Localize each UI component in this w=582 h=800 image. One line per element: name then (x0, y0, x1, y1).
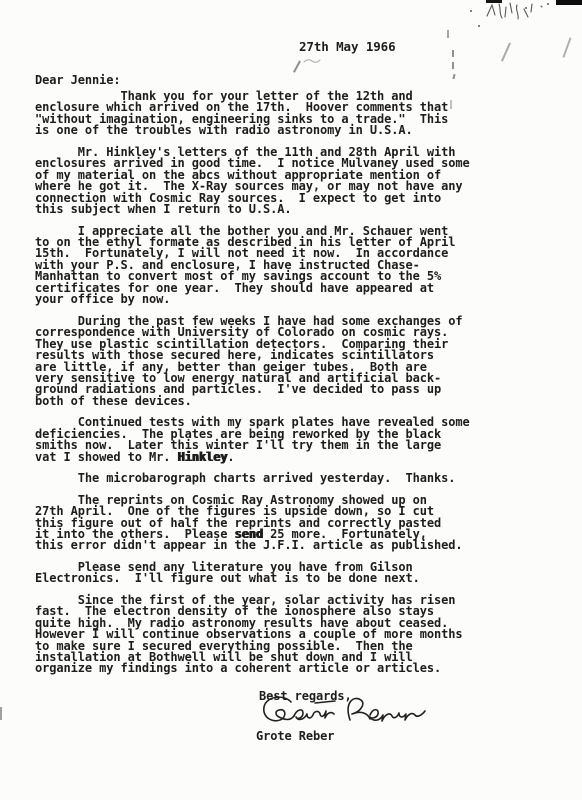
paragraph-text: . (227, 450, 234, 464)
paragraph-text: Thank you for your letter of the 12th an… (35, 89, 448, 137)
pencil-slash (501, 43, 511, 62)
pencil-scribble-marks (484, 1, 546, 27)
letter-paragraph: Since the first of the year, solar activ… (35, 595, 490, 675)
pencil-dash (452, 50, 454, 57)
letter-date: 27th May 1966 (299, 39, 396, 54)
paragraph-text: I appreciate all the bother you and Mr. … (35, 224, 455, 307)
pencil-tilde-mark (303, 57, 323, 65)
letter-paragraph: During the past few weeks I have had som… (35, 316, 490, 408)
pencil-dash (447, 30, 449, 38)
pencil-slash (293, 60, 301, 72)
letter-paragraph: The microbarograph charts arrived yester… (35, 473, 490, 484)
paragraph-text: Continued tests with my spark plates hav… (35, 415, 470, 463)
pencil-slash (562, 37, 571, 57)
paragraph-text: Since the first of the year, solar activ… (35, 593, 462, 676)
letter-page: 27th May 1966 Dear Jennie: Thank you for… (0, 0, 582, 800)
letter-body: Thank you for your letter of the 12th an… (35, 91, 490, 685)
letter-paragraph: The reprints on Cosmic Ray Astronomy sho… (35, 495, 490, 552)
letter-paragraph: I appreciate all the bother you and Mr. … (35, 226, 490, 306)
scan-speck (470, 10, 472, 12)
pencil-dash (452, 62, 454, 69)
typed-signature-name: Grote Reber (256, 729, 334, 743)
scan-speck (547, 3, 549, 5)
letter-paragraph: Continued tests with my spark plates hav… (35, 417, 490, 463)
letter-paragraph: Please send any literature you have from… (35, 562, 490, 585)
paragraph-text: Mr. Hinkley's letters of the 11th and 28… (35, 145, 470, 216)
scan-artifact-bar (556, 0, 582, 5)
letter-paragraph: Thank you for your letter of the 12th an… (35, 91, 490, 137)
paragraph-text: Please send any literature you have from… (35, 560, 420, 585)
pencil-dash (452, 74, 455, 79)
letter-paragraph: Mr. Hinkley's letters of the 11th and 28… (35, 147, 490, 216)
paragraph-text: The microbarograph charts arrived yester… (35, 471, 455, 485)
letter-salutation: Dear Jennie: (35, 73, 121, 87)
overstruck-word: Hinkley (178, 450, 228, 464)
paragraph-text: During the past few weeks I have had som… (35, 314, 462, 408)
scan-edge-mark (0, 707, 2, 720)
scan-speck (478, 25, 480, 27)
